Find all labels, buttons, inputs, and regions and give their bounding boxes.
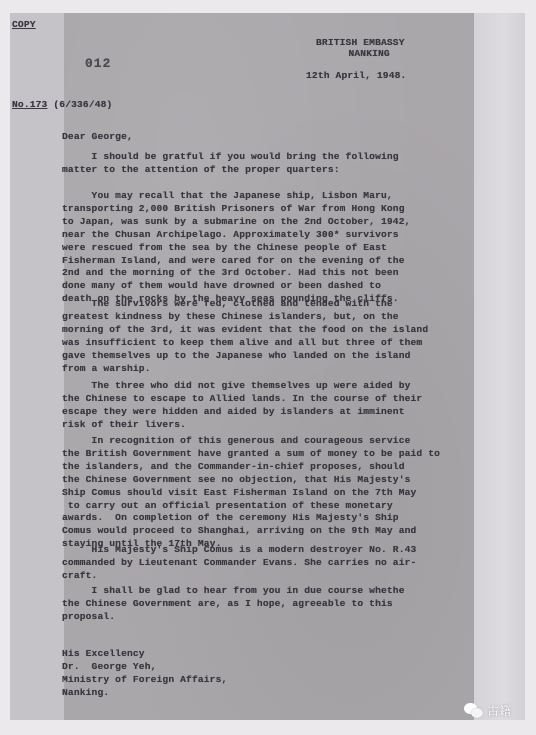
paragraph-escape: The three who did not give themselves up… — [62, 380, 472, 432]
paragraph-request: I should be gratful if you would bring t… — [62, 151, 472, 177]
addressee-block: His Excellency Dr. George Yeh, Ministry … — [62, 648, 227, 700]
addressee-line: His Excellency — [62, 648, 145, 659]
letterhead-line-2: NANKING — [348, 48, 389, 59]
paragraph-lisbon-maru: You may recall that the Japanese ship, L… — [62, 190, 472, 306]
page-left-margin — [10, 13, 66, 720]
addressee-line: Dr. George Yeh, — [62, 661, 157, 672]
reference-no: No.173 — [12, 99, 47, 110]
archive-stamp-number: 012 — [85, 58, 111, 71]
reference-number: No.173 (6/336/48) — [12, 99, 112, 112]
watermark: 古籍 — [464, 702, 511, 719]
addressee-line: Nanking. — [62, 687, 109, 698]
salutation: Dear George, — [62, 131, 133, 144]
letter-date: 12th April, 1948. — [306, 70, 406, 83]
page-right-margin — [474, 13, 525, 720]
paragraph-survivors: The survivors were fed, clothed and tend… — [62, 298, 472, 375]
reference-file: (6/336/48) — [53, 99, 112, 110]
addressee-line: Ministry of Foreign Affairs, — [62, 674, 227, 685]
paragraph-closing: I shall be glad to hear from you in due … — [62, 585, 472, 624]
paragraph-ship: His Majesty's Ship Comus is a modern des… — [62, 544, 472, 583]
copy-label: COPY — [12, 19, 36, 32]
letterhead-line-1: BRITISH EMBASSY — [316, 37, 405, 48]
watermark-label: 古籍 — [487, 702, 511, 719]
paragraph-recognition: In recognition of this generous and cour… — [62, 435, 472, 551]
letterhead: BRITISH EMBASSY NANKING — [316, 37, 405, 59]
wechat-icon — [464, 703, 484, 719]
